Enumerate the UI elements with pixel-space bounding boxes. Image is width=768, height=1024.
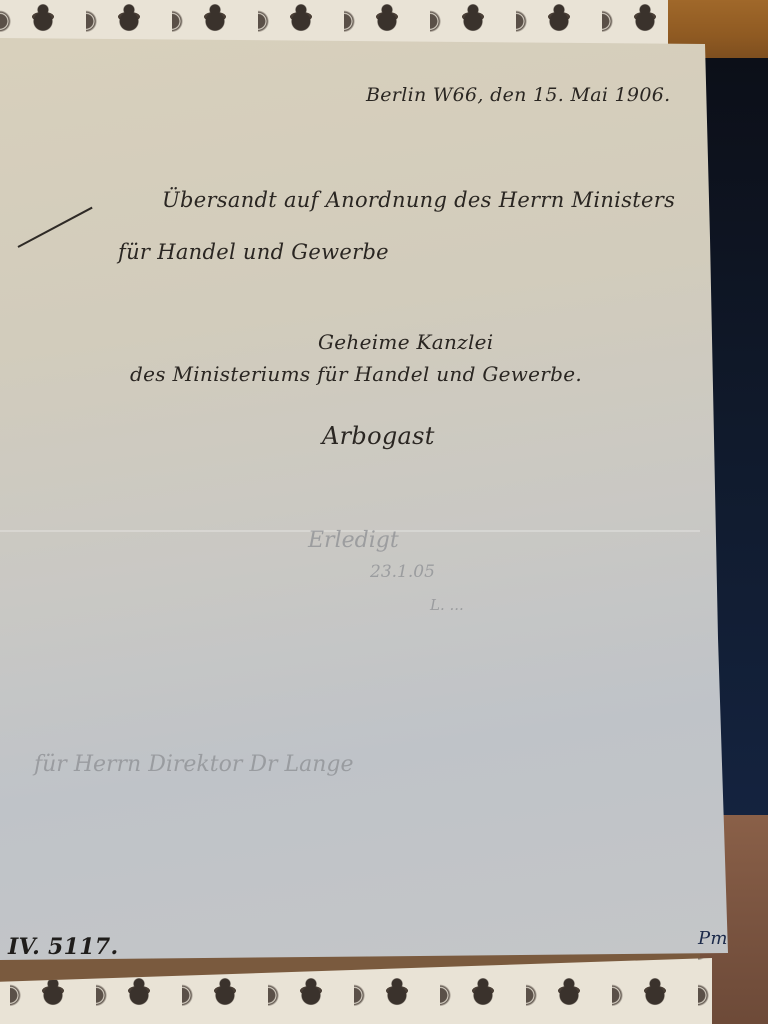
pencil-addressee-note: für Herrn Direktor Dr Lange — [34, 752, 354, 777]
office-line-2: des Ministeriums für Handel und Gewerbe. — [130, 362, 582, 386]
office-line-1: Geheime Kanzlei — [318, 330, 494, 354]
body-text-line-1: Übersandt auf Anordnung des Herrn Minist… — [162, 188, 675, 212]
pencil-note-initial: L. ... — [430, 596, 464, 614]
date-line: Berlin W66, den 15. Mai 1906. — [366, 84, 670, 106]
ornamental-eagle-paper-top — [0, 0, 668, 44]
document-sheet — [0, 38, 728, 960]
signature: Arbogast — [322, 422, 435, 450]
ornamental-eagle-paper-bottom — [0, 958, 712, 1024]
reference-number: IV. 5117. — [8, 934, 118, 960]
pencil-note-erledigt: Erledigt — [308, 528, 399, 553]
clerk-initials: Pm — [698, 928, 728, 949]
pencil-note-date: 23.1.05 — [370, 562, 435, 582]
body-text-line-2: für Handel und Gewerbe — [118, 240, 389, 264]
